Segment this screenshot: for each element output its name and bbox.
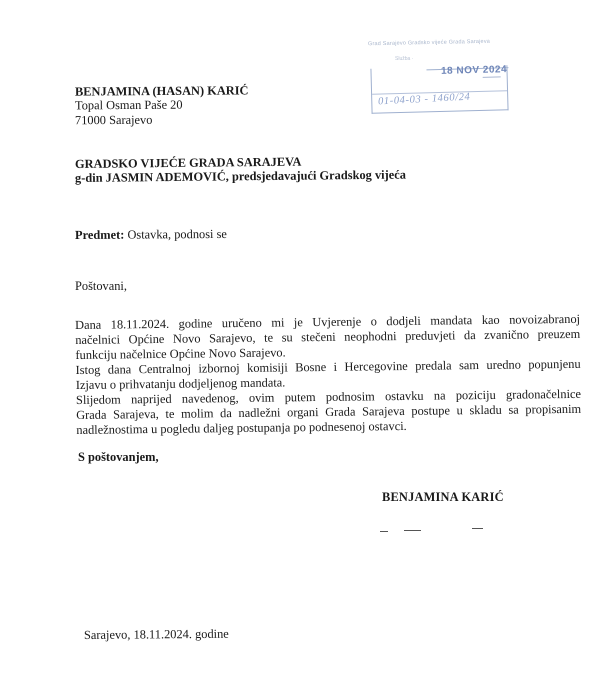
subject-label: Predmet:	[75, 228, 124, 242]
stamp-date: 18 NOV 2024	[441, 64, 507, 77]
signature-name: BENJAMINA KARIĆ	[382, 490, 504, 505]
sender-city: 71000 Sarajevo	[75, 113, 153, 129]
signature-line	[472, 528, 483, 529]
greeting: Poštovani,	[75, 279, 127, 294]
scanned-letter-page: Grad Sarajevo Gradsko vijeće Grada Saraj…	[0, 0, 597, 695]
subject-text: Ostavka, podnosi se	[127, 227, 227, 242]
sender-address: Topal Osman Paše 20	[75, 98, 183, 114]
stamp-header: Grad Sarajevo Gradsko vijeće Grada Saraj…	[368, 39, 490, 48]
closing: S poštovanjem,	[78, 450, 159, 465]
letter-body: Dana 18.11.2024. godine uručeno mi je Uv…	[75, 312, 580, 318]
subject-line: Predmet: Ostavka, podnosi se	[75, 227, 227, 243]
signature-line	[380, 531, 388, 532]
place-and-date: Sarajevo, 18.11.2024. godine	[84, 627, 229, 643]
stamp-subheader: Služba ·	[395, 56, 413, 62]
body-line: nadležnostima u pogledu daljeg postupanj…	[76, 419, 407, 438]
recipient-person: g-din JASMIN ADEMOVIĆ, predsjedavajući G…	[75, 168, 406, 186]
stamp-rule	[483, 76, 501, 77]
signature-line	[404, 530, 421, 531]
